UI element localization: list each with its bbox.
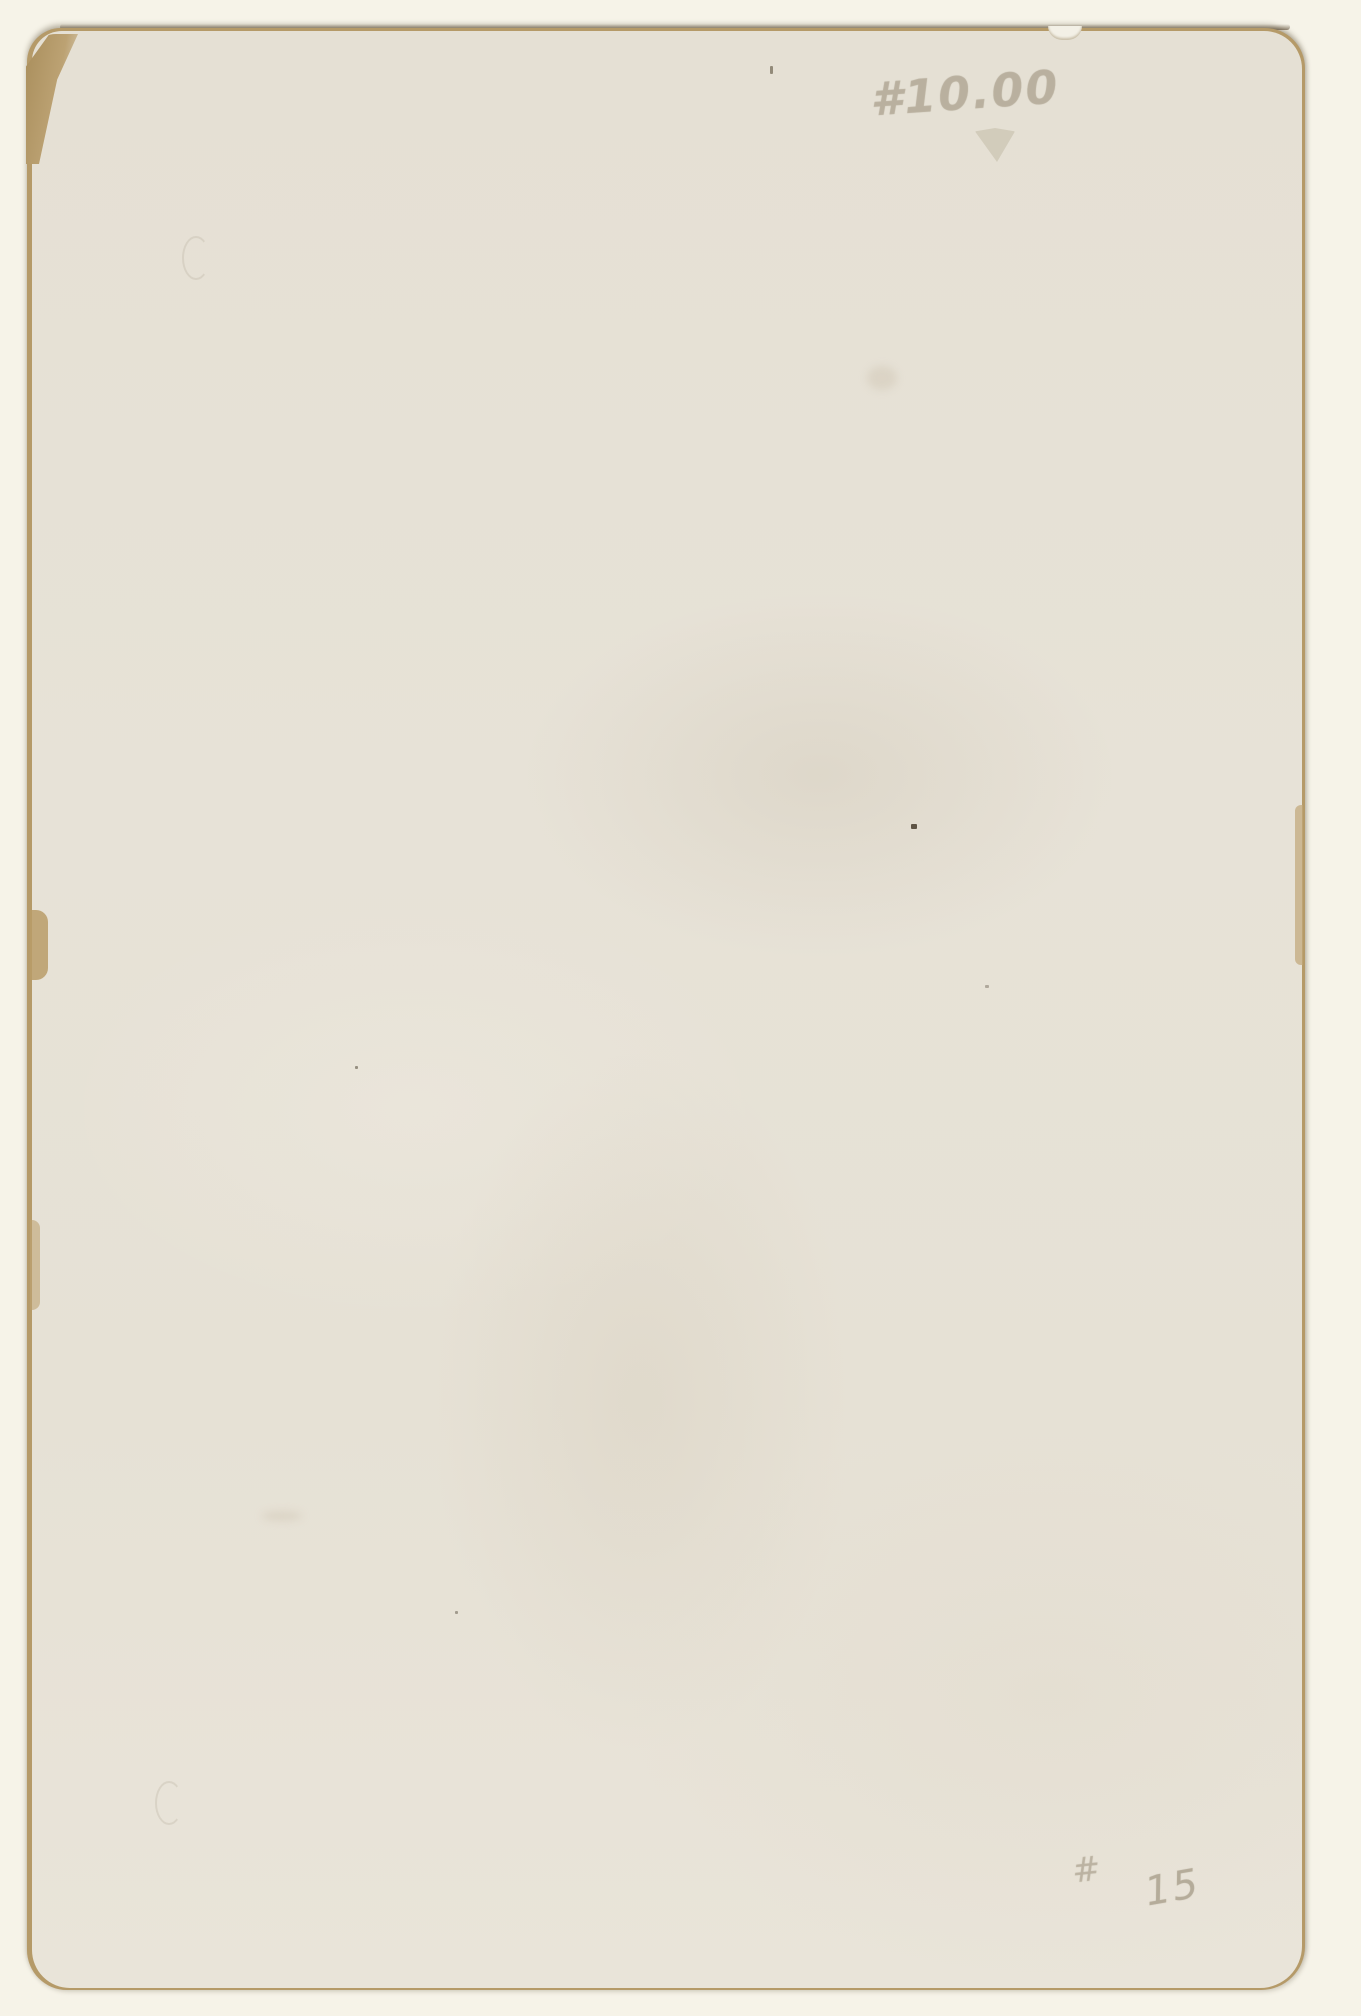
cabinet-card-back [32, 31, 1302, 1988]
speck [911, 824, 917, 829]
scan-background: #10.00 # 15 [0, 0, 1361, 2016]
stain [262, 1511, 302, 1521]
worn-edge-right [1295, 805, 1303, 965]
speck [985, 985, 989, 988]
pencil-number-annotation: 15 [1141, 1861, 1203, 1916]
stain [867, 366, 897, 390]
pencil-hash-annotation: # [1070, 1849, 1105, 1892]
faint-pencil-mark [182, 236, 210, 280]
worn-edge-left [30, 1220, 40, 1310]
speck [455, 1611, 458, 1614]
speck [355, 1066, 358, 1069]
speck [770, 66, 773, 74]
worn-edge-left [30, 910, 48, 980]
faint-pencil-mark [155, 1781, 183, 1825]
